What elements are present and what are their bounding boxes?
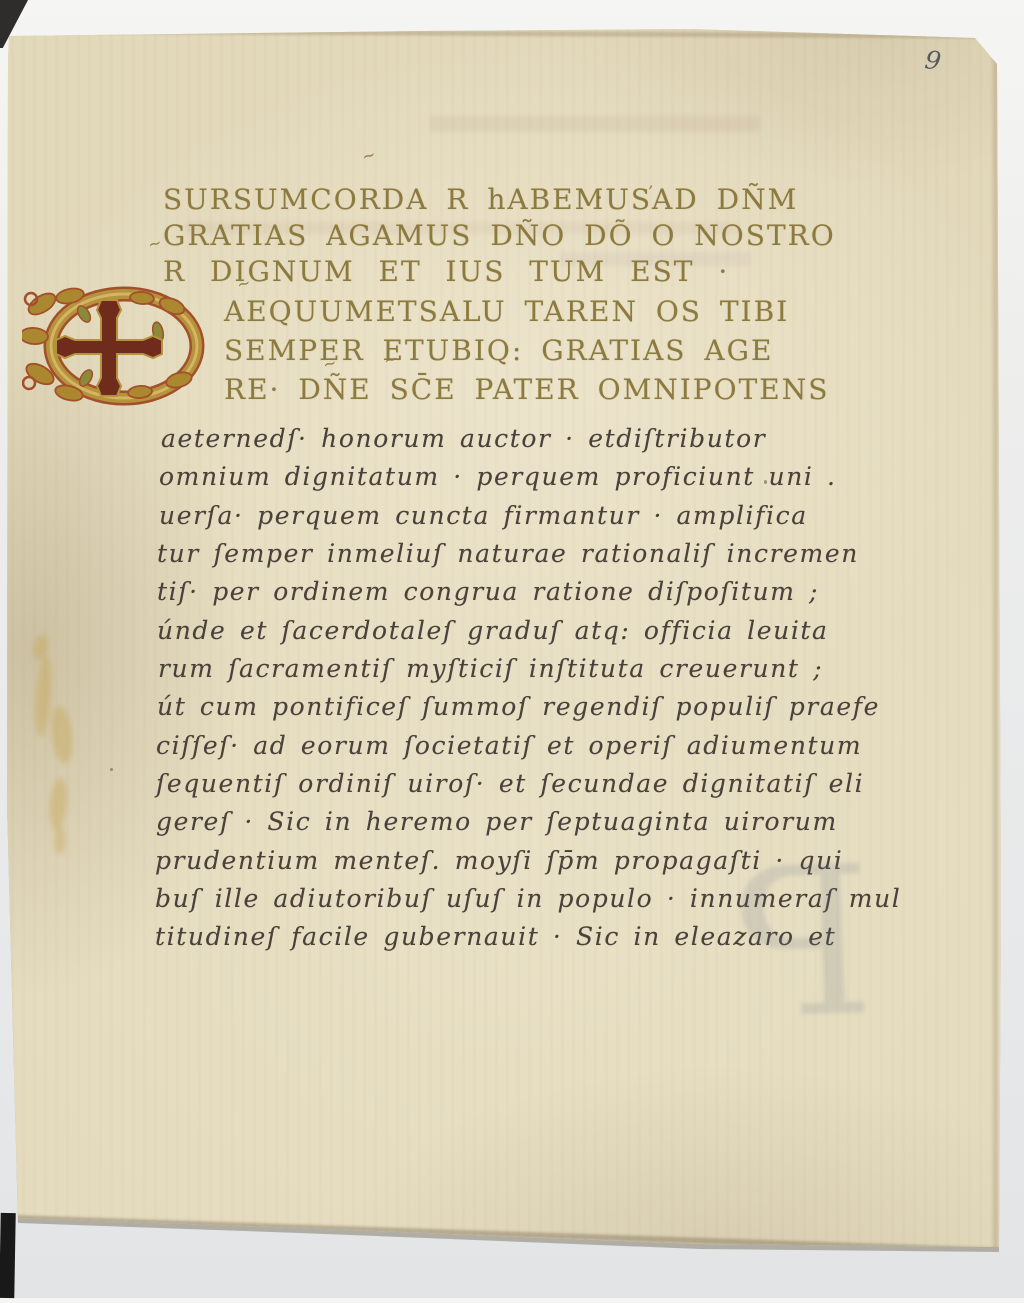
abbreviation-mark: ~ xyxy=(359,144,378,166)
body-line: únde et ſacerdotaleſ graduſ atq: officia… xyxy=(157,616,829,645)
body-line: uerſa· perquem cuncta firmantur · amplif… xyxy=(159,501,808,530)
heading-line-2: GRATIAS AGAMUS DÑO DÕ O NOSTRO xyxy=(163,219,836,252)
body-line: rum ſacramentiſ myſticiſ inſtituta creue… xyxy=(158,654,823,683)
body-line: tur ſemper inmeliuſ naturae rationaliſ i… xyxy=(157,539,859,568)
right-edge-shading xyxy=(993,42,998,1248)
indented-line-1: AEQUUMETSALU TAREN OS TIBI xyxy=(224,295,789,328)
body-line: omnium dignitatum · perquem proficiunt u… xyxy=(159,462,837,491)
heading-line-1: SURSUMCORDA R hABEMUSAD DÑM xyxy=(163,183,798,216)
show-through-letter: P xyxy=(731,840,876,1050)
bleed-through-patch xyxy=(430,116,760,132)
abbreviation-mark: ~ xyxy=(146,233,164,255)
binding-strip-bottom xyxy=(0,1213,16,1298)
body-line: ciſſeſ· ad eorum ſocietatiſ et operiſ ad… xyxy=(156,731,862,760)
ink-speck xyxy=(598,196,601,199)
scan-background: 9 SURSUMCORDA R hABEMUSAD DÑM GRATIAS AG… xyxy=(0,0,1024,1298)
body-line: aeternedſ· honorum auctor · etdiſtributo… xyxy=(161,424,766,453)
ink-speck xyxy=(110,768,113,771)
indented-line-2: SEMPER ETUBIQ: GRATIAS AGE xyxy=(224,334,773,367)
margin-stain xyxy=(55,826,65,854)
margin-stain xyxy=(48,777,69,830)
body-line: tiſ· per ordinem congrua ratione diſpoſi… xyxy=(157,577,819,606)
top-edge-shading xyxy=(8,28,983,38)
body-line: ſequentiſ ordiniſ uiroſ· et ſecundae dig… xyxy=(156,769,864,798)
ink-speck xyxy=(764,480,767,484)
folio-number: 9 xyxy=(923,45,943,76)
body-line: út cum pontificeſ ſummoſ regendiſ populi… xyxy=(157,692,880,721)
illuminated-initial-vd xyxy=(22,286,214,406)
indented-line-3: RE· DÑE SC̄E PATER OMNIPOTENS xyxy=(224,373,829,406)
abbreviation-mark: ’ xyxy=(648,182,653,201)
manuscript-page: 9 SURSUMCORDA R hABEMUSAD DÑM GRATIAS AG… xyxy=(0,0,1024,1298)
margin-stain xyxy=(49,705,75,765)
